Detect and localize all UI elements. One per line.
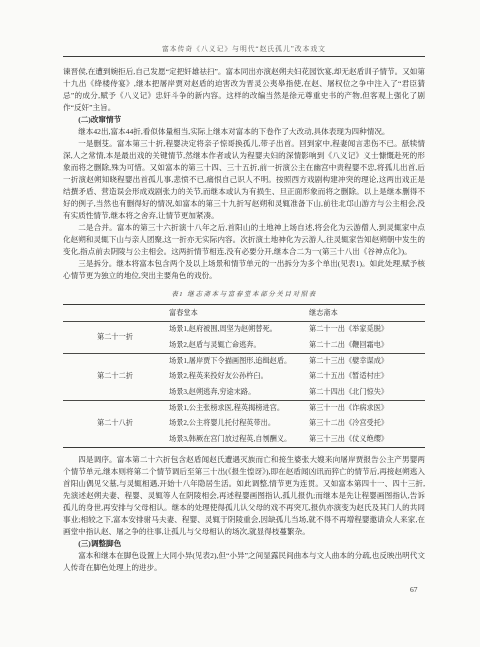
chu-cell: 第二十四出《北门惊失》	[307, 385, 425, 401]
chu-cell: 第二十二出《鞭回霜电》	[307, 337, 425, 353]
scene-cell: 场景2,赵盾与灵辄亡命逃奔。	[167, 337, 307, 353]
table-header-fuchuntang: 富春堂本	[167, 305, 307, 322]
paragraph: 一是删芟。富本第三十折,程婴决定将亲子惊哥换孤儿,带子出首。回到家中,程妻闻言悲…	[63, 138, 425, 222]
document-page: 富本传奇《八义记》与明代“赵氏孤儿”改本戏文 谏晋侯,在遭到婉拒后,自己发愿“定…	[0, 0, 480, 647]
chu-cell: 第三十三出《仗义绝缨》	[307, 432, 425, 448]
header-rule	[63, 56, 425, 57]
group-label: 第二十八折	[63, 400, 167, 447]
table-row: 第二十一折 场景1,赵府被围,周坚为赵朔替死。 第二十一出《举家觅脱》	[63, 322, 425, 338]
table-row: 第二十八折 场景1,公主张榜求医,程英揭榜进宫。 第三十一出《诈病求医》	[63, 400, 425, 416]
section-heading-3: (三)调整脚色	[63, 538, 425, 550]
section-heading-2: (二)改窜情节	[63, 114, 425, 126]
paragraph: 富本和继本在脚色设置上大同小异(见表2),但“小异”之间显露民间曲本与文人曲本的…	[63, 550, 425, 574]
chu-cell: 第二十一出《举家觅脱》	[307, 322, 425, 338]
scene-cell: 场景2,公主将婴儿托付程英带出。	[167, 416, 307, 431]
table-row: 第二十二折 场景1,屠岸贾下令描画图形,追缉赵盾。 第二十三出《嬖幸谋成》	[63, 353, 425, 369]
scene-cell: 场景2,程英来投好友公孙杵臼。	[167, 369, 307, 384]
scene-cell: 场景3,韩厥在宫门放过程英,自刎酬义。	[167, 432, 307, 448]
paragraph: 继本42出,富本44折,看似体量相当,实际上继本对富本的下卷作了大改动,具体表现…	[63, 126, 425, 138]
comparison-table: 富春堂本 继志斋本 第二十一折 场景1,赵府被围,周坚为赵朔替死。 第二十一出《…	[63, 304, 425, 448]
chu-cell: 第三十一出《诈病求医》	[307, 400, 425, 416]
chu-cell: 第二十三出《嬖幸谋成》	[307, 353, 425, 369]
body-text: 谏晋侯,在遭到婉拒后,自己发愿“定把奸雄祛扫”。富本同出亦演赵朔夫妇花园饮宴,却…	[63, 66, 425, 574]
running-header: 富本传奇《八义记》与明代“赵氏孤儿”改本戏文	[63, 43, 425, 53]
table-header-empty	[63, 305, 167, 322]
scene-cell: 场景1,公主张榜求医,程英揭榜进宫。	[167, 400, 307, 416]
page-number: 67	[410, 585, 418, 594]
scene-cell: 场景1,屠岸贾下令描画图形,追缉赵盾。	[167, 353, 307, 369]
paragraph: 二是合并。富本的第三十六折演十八年之后,首阳山的土地神上场自述,将会化为云游僧人…	[63, 222, 425, 258]
table-header-row: 富春堂本 继志斋本	[63, 305, 425, 322]
chu-cell: 第三十二出《冷宫受托》	[307, 416, 425, 431]
paragraph: 四是调序。富本第二十六折包含赵盾闻赵氏遭遇灭族而亡和接生婆张大嫂来向屠岸贾报告公…	[63, 454, 425, 538]
table-header-jizhizhai: 继志斋本	[307, 305, 425, 322]
group-label: 第二十二折	[63, 353, 167, 400]
chu-cell: 第二十五出《暂适村庄》	[307, 369, 425, 384]
group-label: 第二十一折	[63, 322, 167, 354]
table-caption: 表1 继志斋本与富春堂本部分关目对照表	[63, 289, 425, 301]
paragraph-continuation: 谏晋侯,在遭到婉拒后,自己发愿“定把奸雄祛扫”。富本同出亦演赵朔夫妇花园饮宴,却…	[63, 66, 425, 114]
scene-cell: 场景3,赵朔逃奔,穷途末路。	[167, 385, 307, 401]
scene-cell: 场景1,赵府被围,周坚为赵朔替死。	[167, 322, 307, 338]
paragraph: 三是拆分。继本将富本包含两个及以上场景和情节单元的一出拆分为多个单出(见表1)。…	[63, 258, 425, 282]
